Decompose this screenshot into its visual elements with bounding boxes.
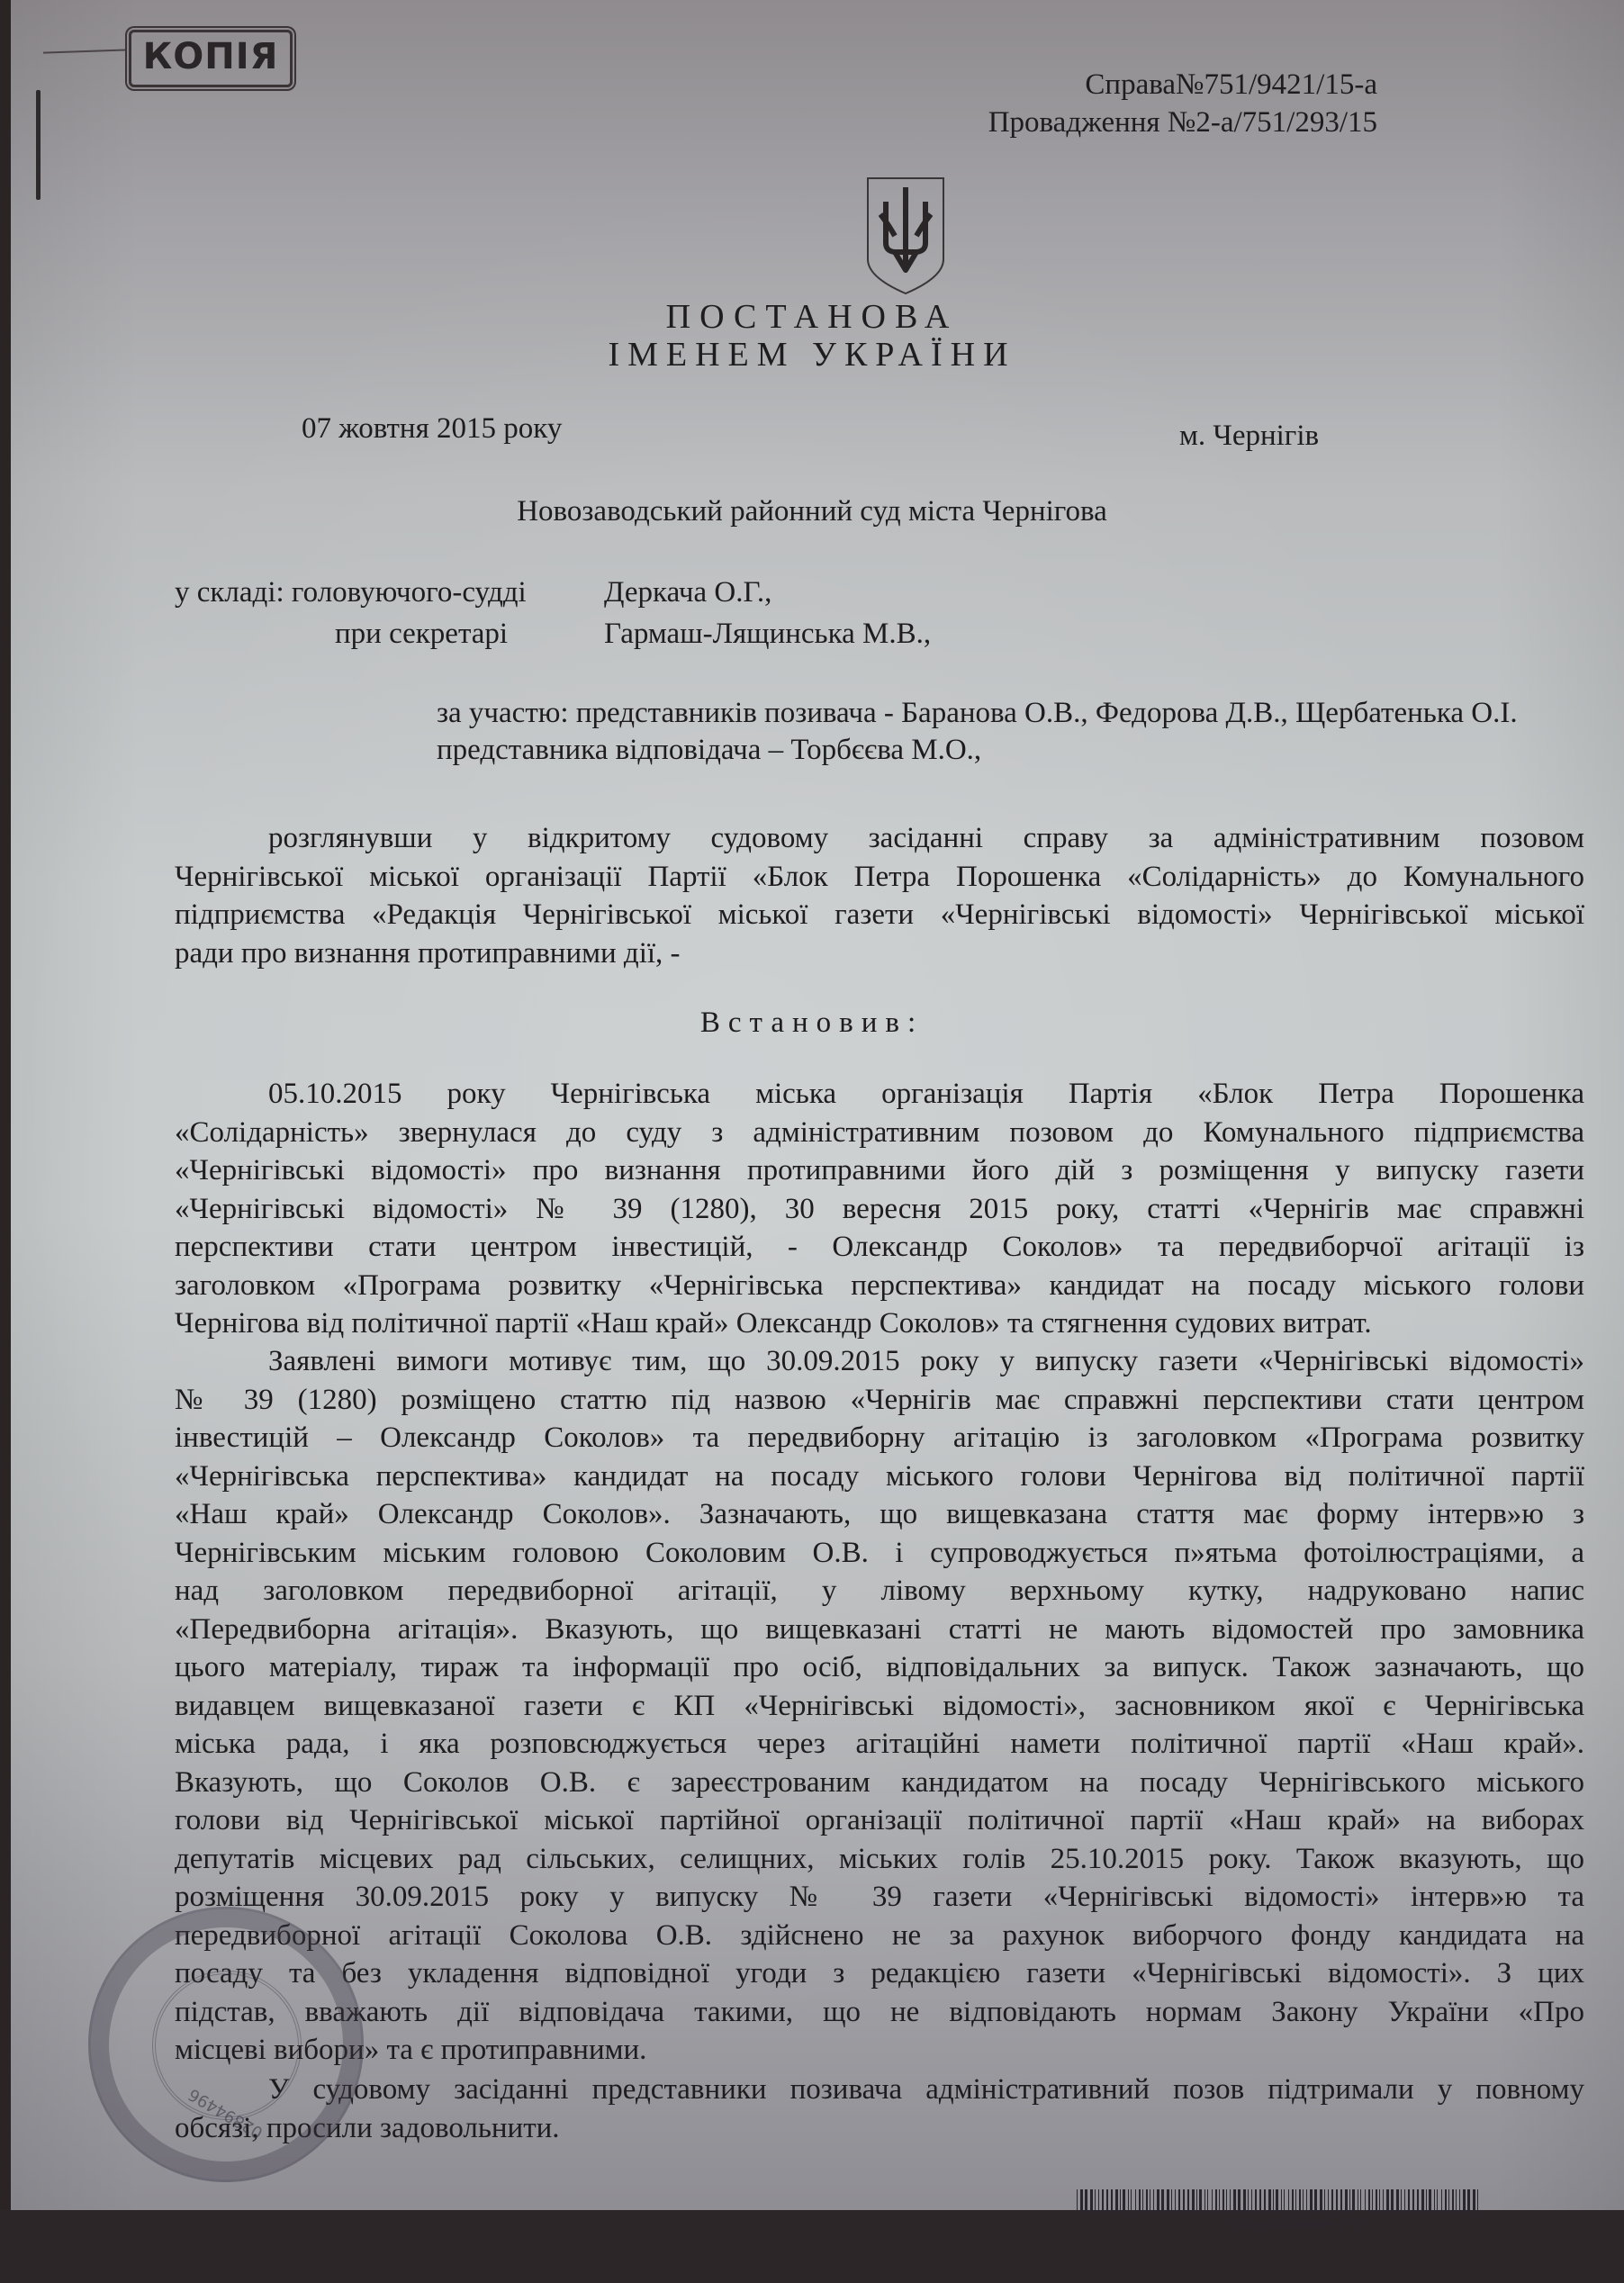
document-subtitle: ІМЕНЕМ УКРАЇНИ — [0, 335, 1624, 374]
proceeding-number: Провадження №2-а/751/293/15 — [988, 106, 1377, 140]
paragraph-3: У судовому засіданні представники позива… — [175, 2071, 1584, 2147]
decision-city: м. Чернігів — [1179, 420, 1319, 453]
court-seal-emblem — [152, 1971, 302, 2120]
court-seal: 02894496 — [88, 1907, 364, 2182]
paragraph-2: Заявлені вимоги мотивує тим, що 30.09.20… — [175, 1342, 1584, 2070]
barcode — [1077, 2189, 1480, 2215]
margin-pen-mark — [36, 90, 41, 200]
intro-paragraph: розглянувши у відкритому судовому засіда… — [175, 819, 1584, 972]
defendant-representative: представника відповідача – Торбєєва М.О.… — [437, 734, 981, 767]
document-title: ПОСТАНОВА — [0, 297, 1624, 337]
barcode-number: *2526*44720509*1*1* — [1224, 2218, 1368, 2233]
court-name: Новозаводський районний суд міста Черніг… — [0, 495, 1624, 528]
paragraph-1: 05.10.2015 року Чернігівська міська орга… — [175, 1075, 1584, 1343]
composition-label: у складі: головуючого-судді — [175, 576, 527, 609]
case-number: Справа№751/9421/15-а — [1085, 68, 1377, 102]
section-heading: Встановив: — [0, 1006, 1624, 1040]
decision-date: 07 жовтня 2015 року — [302, 412, 562, 446]
trident-icon — [861, 176, 951, 295]
judge-name: Деркача О.Г., — [604, 576, 771, 609]
secretary-name: Гармаш-Лящинська М.В., — [604, 618, 931, 651]
background-surface — [0, 2210, 1624, 2283]
copy-stamp: КОПІЯ — [129, 30, 293, 87]
plaintiff-representatives: за участю: представників позивача - Бара… — [437, 697, 1518, 730]
secretary-label: при секретарі — [335, 618, 508, 651]
